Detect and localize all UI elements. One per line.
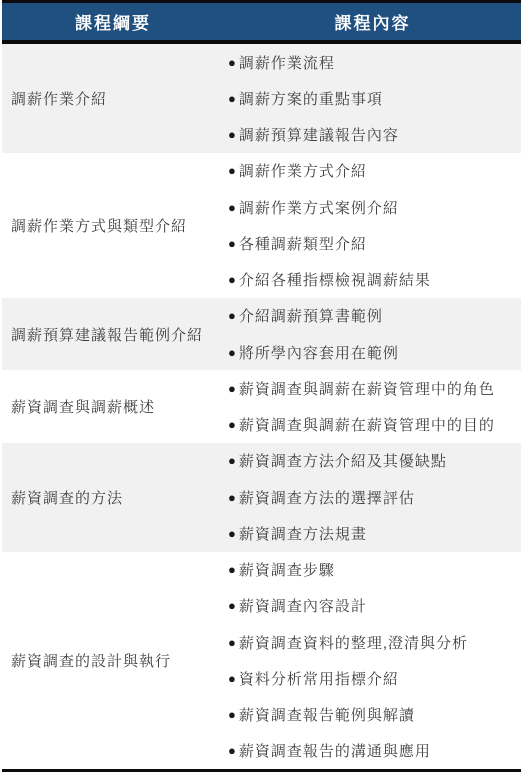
bullet-icon: ● xyxy=(228,381,237,396)
bullet-icon: ● xyxy=(228,308,237,323)
bullet-item-text: 各種調薪類型介紹 xyxy=(239,233,367,254)
outline-cell: 薪資調查的設計與執行 xyxy=(2,552,224,770)
bullet-item-text: 薪資調查方法介紹及其優缺點 xyxy=(239,450,447,471)
outline-label: 調薪作業介紹 xyxy=(11,88,107,109)
bullet-item: ●薪資調查方法介紹及其優缺點 xyxy=(228,443,521,479)
bullet-item: ●薪資調查報告的溝通與應用 xyxy=(228,733,521,769)
bullet-item-text: 調薪作業流程 xyxy=(239,52,335,73)
table-row: 薪資調查的方法●薪資調查方法介紹及其優缺點●薪資調查方法的選擇評估●薪資調查方法… xyxy=(2,443,521,552)
content-cell: ●薪資調查步驟●薪資調查內容設計●薪資調查資料的整理,澄清與分析●資料分析常用指… xyxy=(224,552,521,770)
table-header-row: 課程綱要 課程內容 xyxy=(2,3,521,44)
content-cell: ●調薪作業流程●調薪方案的重點事項●調薪預算建議報告內容 xyxy=(224,44,521,153)
bullet-icon: ● xyxy=(228,635,237,650)
bullet-icon: ● xyxy=(228,743,237,758)
table-row: 調薪作業介紹●調薪作業流程●調薪方案的重點事項●調薪預算建議報告內容 xyxy=(2,44,521,153)
bullet-icon: ● xyxy=(228,598,237,613)
bullet-item-text: 介紹調薪預算書範例 xyxy=(239,305,383,326)
bullet-icon: ● xyxy=(228,91,237,106)
bullet-item-text: 調薪方案的重點事項 xyxy=(239,88,383,109)
outline-label: 調薪作業方式與類型介紹 xyxy=(11,215,187,236)
bullet-item-text: 調薪作業方式介紹 xyxy=(239,160,367,181)
bullet-icon: ● xyxy=(228,236,237,251)
bullet-item: ●資料分析常用指標介紹 xyxy=(228,660,521,696)
bullet-icon: ● xyxy=(228,562,237,577)
bullet-item: ●介紹調薪預算書範例 xyxy=(228,298,521,334)
bullet-item: ●薪資調查與調薪在薪資管理中的角色 xyxy=(228,370,521,406)
bullet-icon: ● xyxy=(228,671,237,686)
bullet-icon: ● xyxy=(228,453,237,468)
bullet-icon: ● xyxy=(228,163,237,178)
bullet-item: ●調薪預算建議報告內容 xyxy=(228,117,521,153)
content-cell: ●調薪作業方式介紹●調薪作業方式案例介紹●各種調薪類型介紹●介紹各種指標檢視調薪… xyxy=(224,153,521,298)
header-course-content: 課程內容 xyxy=(224,3,521,40)
bullet-item-text: 薪資調查內容設計 xyxy=(239,595,367,616)
outline-label: 薪資調查與調薪概述 xyxy=(11,396,155,417)
bullet-item: ●薪資調查與調薪在薪資管理中的目的 xyxy=(228,407,521,443)
table-row: 調薪作業方式與類型介紹●調薪作業方式介紹●調薪作業方式案例介紹●各種調薪類型介紹… xyxy=(2,153,521,298)
bullet-item: ●薪資調查內容設計 xyxy=(228,588,521,624)
bullet-icon: ● xyxy=(228,55,237,70)
bullet-item-text: 資料分析常用指標介紹 xyxy=(239,668,399,689)
bullet-item: ●薪資調查步驟 xyxy=(228,552,521,588)
outline-label: 調薪預算建議報告範例介紹 xyxy=(11,324,203,345)
bullet-item-text: 薪資調查與調薪在薪資管理中的角色 xyxy=(239,378,495,399)
bullet-item-text: 薪資調查報告範例與解讀 xyxy=(239,704,415,725)
bullet-item-text: 薪資調查方法規畫 xyxy=(239,523,367,544)
bullet-item-text: 薪資調查方法的選擇評估 xyxy=(239,487,415,508)
bullet-icon: ● xyxy=(228,417,237,432)
bullet-item: ●薪資調查報告範例與解讀 xyxy=(228,697,521,733)
content-cell: ●薪資調查與調薪在薪資管理中的角色●薪資調查與調薪在薪資管理中的目的 xyxy=(224,370,521,443)
bullet-icon: ● xyxy=(228,200,237,215)
bullet-icon: ● xyxy=(228,526,237,541)
page: 課程綱要 課程內容 調薪作業介紹●調薪作業流程●調薪方案的重點事項●調薪預算建議… xyxy=(0,0,523,777)
bullet-icon: ● xyxy=(228,707,237,722)
outline-cell: 薪資調查與調薪概述 xyxy=(2,370,224,443)
outline-cell: 調薪作業方式與類型介紹 xyxy=(2,153,224,298)
bullet-item: ●調薪作業方式介紹 xyxy=(228,153,521,189)
outline-cell: 薪資調查的方法 xyxy=(2,443,224,552)
table-row: 調薪預算建議報告範例介紹●介紹調薪預算書範例●將所學內容套用在範例 xyxy=(2,298,521,371)
bullet-item-text: 薪資調查步驟 xyxy=(239,559,335,580)
bullet-icon: ● xyxy=(228,490,237,505)
bullet-item: ●各種調薪類型介紹 xyxy=(228,225,521,261)
bullet-item-text: 薪資調查資料的整理,澄清與分析 xyxy=(239,632,468,653)
bullet-item: ●調薪作業方式案例介紹 xyxy=(228,189,521,225)
bullet-item: ●薪資調查方法規畫 xyxy=(228,515,521,551)
table-row: 薪資調查與調薪概述●薪資調查與調薪在薪資管理中的角色●薪資調查與調薪在薪資管理中… xyxy=(2,370,521,443)
table-row: 薪資調查的設計與執行●薪資調查步驟●薪資調查內容設計●薪資調查資料的整理,澄清與… xyxy=(2,552,521,770)
bullet-item-text: 薪資調查報告的溝通與應用 xyxy=(239,740,431,761)
table-body: 調薪作業介紹●調薪作業流程●調薪方案的重點事項●調薪預算建議報告內容調薪作業方式… xyxy=(2,44,521,769)
bullet-icon: ● xyxy=(228,272,237,287)
bullet-item-text: 調薪預算建議報告內容 xyxy=(239,124,399,145)
bullet-icon: ● xyxy=(228,345,237,360)
bullet-item: ●介紹各種指標檢視調薪結果 xyxy=(228,262,521,298)
content-cell: ●薪資調查方法介紹及其優缺點●薪資調查方法的選擇評估●薪資調查方法規畫 xyxy=(224,443,521,552)
bullet-item-text: 薪資調查與調薪在薪資管理中的目的 xyxy=(239,414,495,435)
outline-cell: 調薪預算建議報告範例介紹 xyxy=(2,298,224,371)
bullet-item-text: 調薪作業方式案例介紹 xyxy=(239,197,399,218)
bullet-item: ●薪資調查資料的整理,澄清與分析 xyxy=(228,624,521,660)
bullet-item: ●調薪方案的重點事項 xyxy=(228,80,521,116)
outline-cell: 調薪作業介紹 xyxy=(2,44,224,153)
bullet-item: ●調薪作業流程 xyxy=(228,44,521,80)
header-course-outline: 課程綱要 xyxy=(2,3,224,40)
course-outline-table: 課程綱要 課程內容 調薪作業介紹●調薪作業流程●調薪方案的重點事項●調薪預算建議… xyxy=(2,0,521,772)
outline-label: 薪資調查的方法 xyxy=(11,487,123,508)
bullet-item-text: 將所學內容套用在範例 xyxy=(239,342,399,363)
content-cell: ●介紹調薪預算書範例●將所學內容套用在範例 xyxy=(224,298,521,371)
bullet-icon: ● xyxy=(228,127,237,142)
bullet-item: ●薪資調查方法的選擇評估 xyxy=(228,479,521,515)
outline-label: 薪資調查的設計與執行 xyxy=(11,650,171,671)
bullet-item-text: 介紹各種指標檢視調薪結果 xyxy=(239,269,431,290)
bullet-item: ●將所學內容套用在範例 xyxy=(228,334,521,370)
